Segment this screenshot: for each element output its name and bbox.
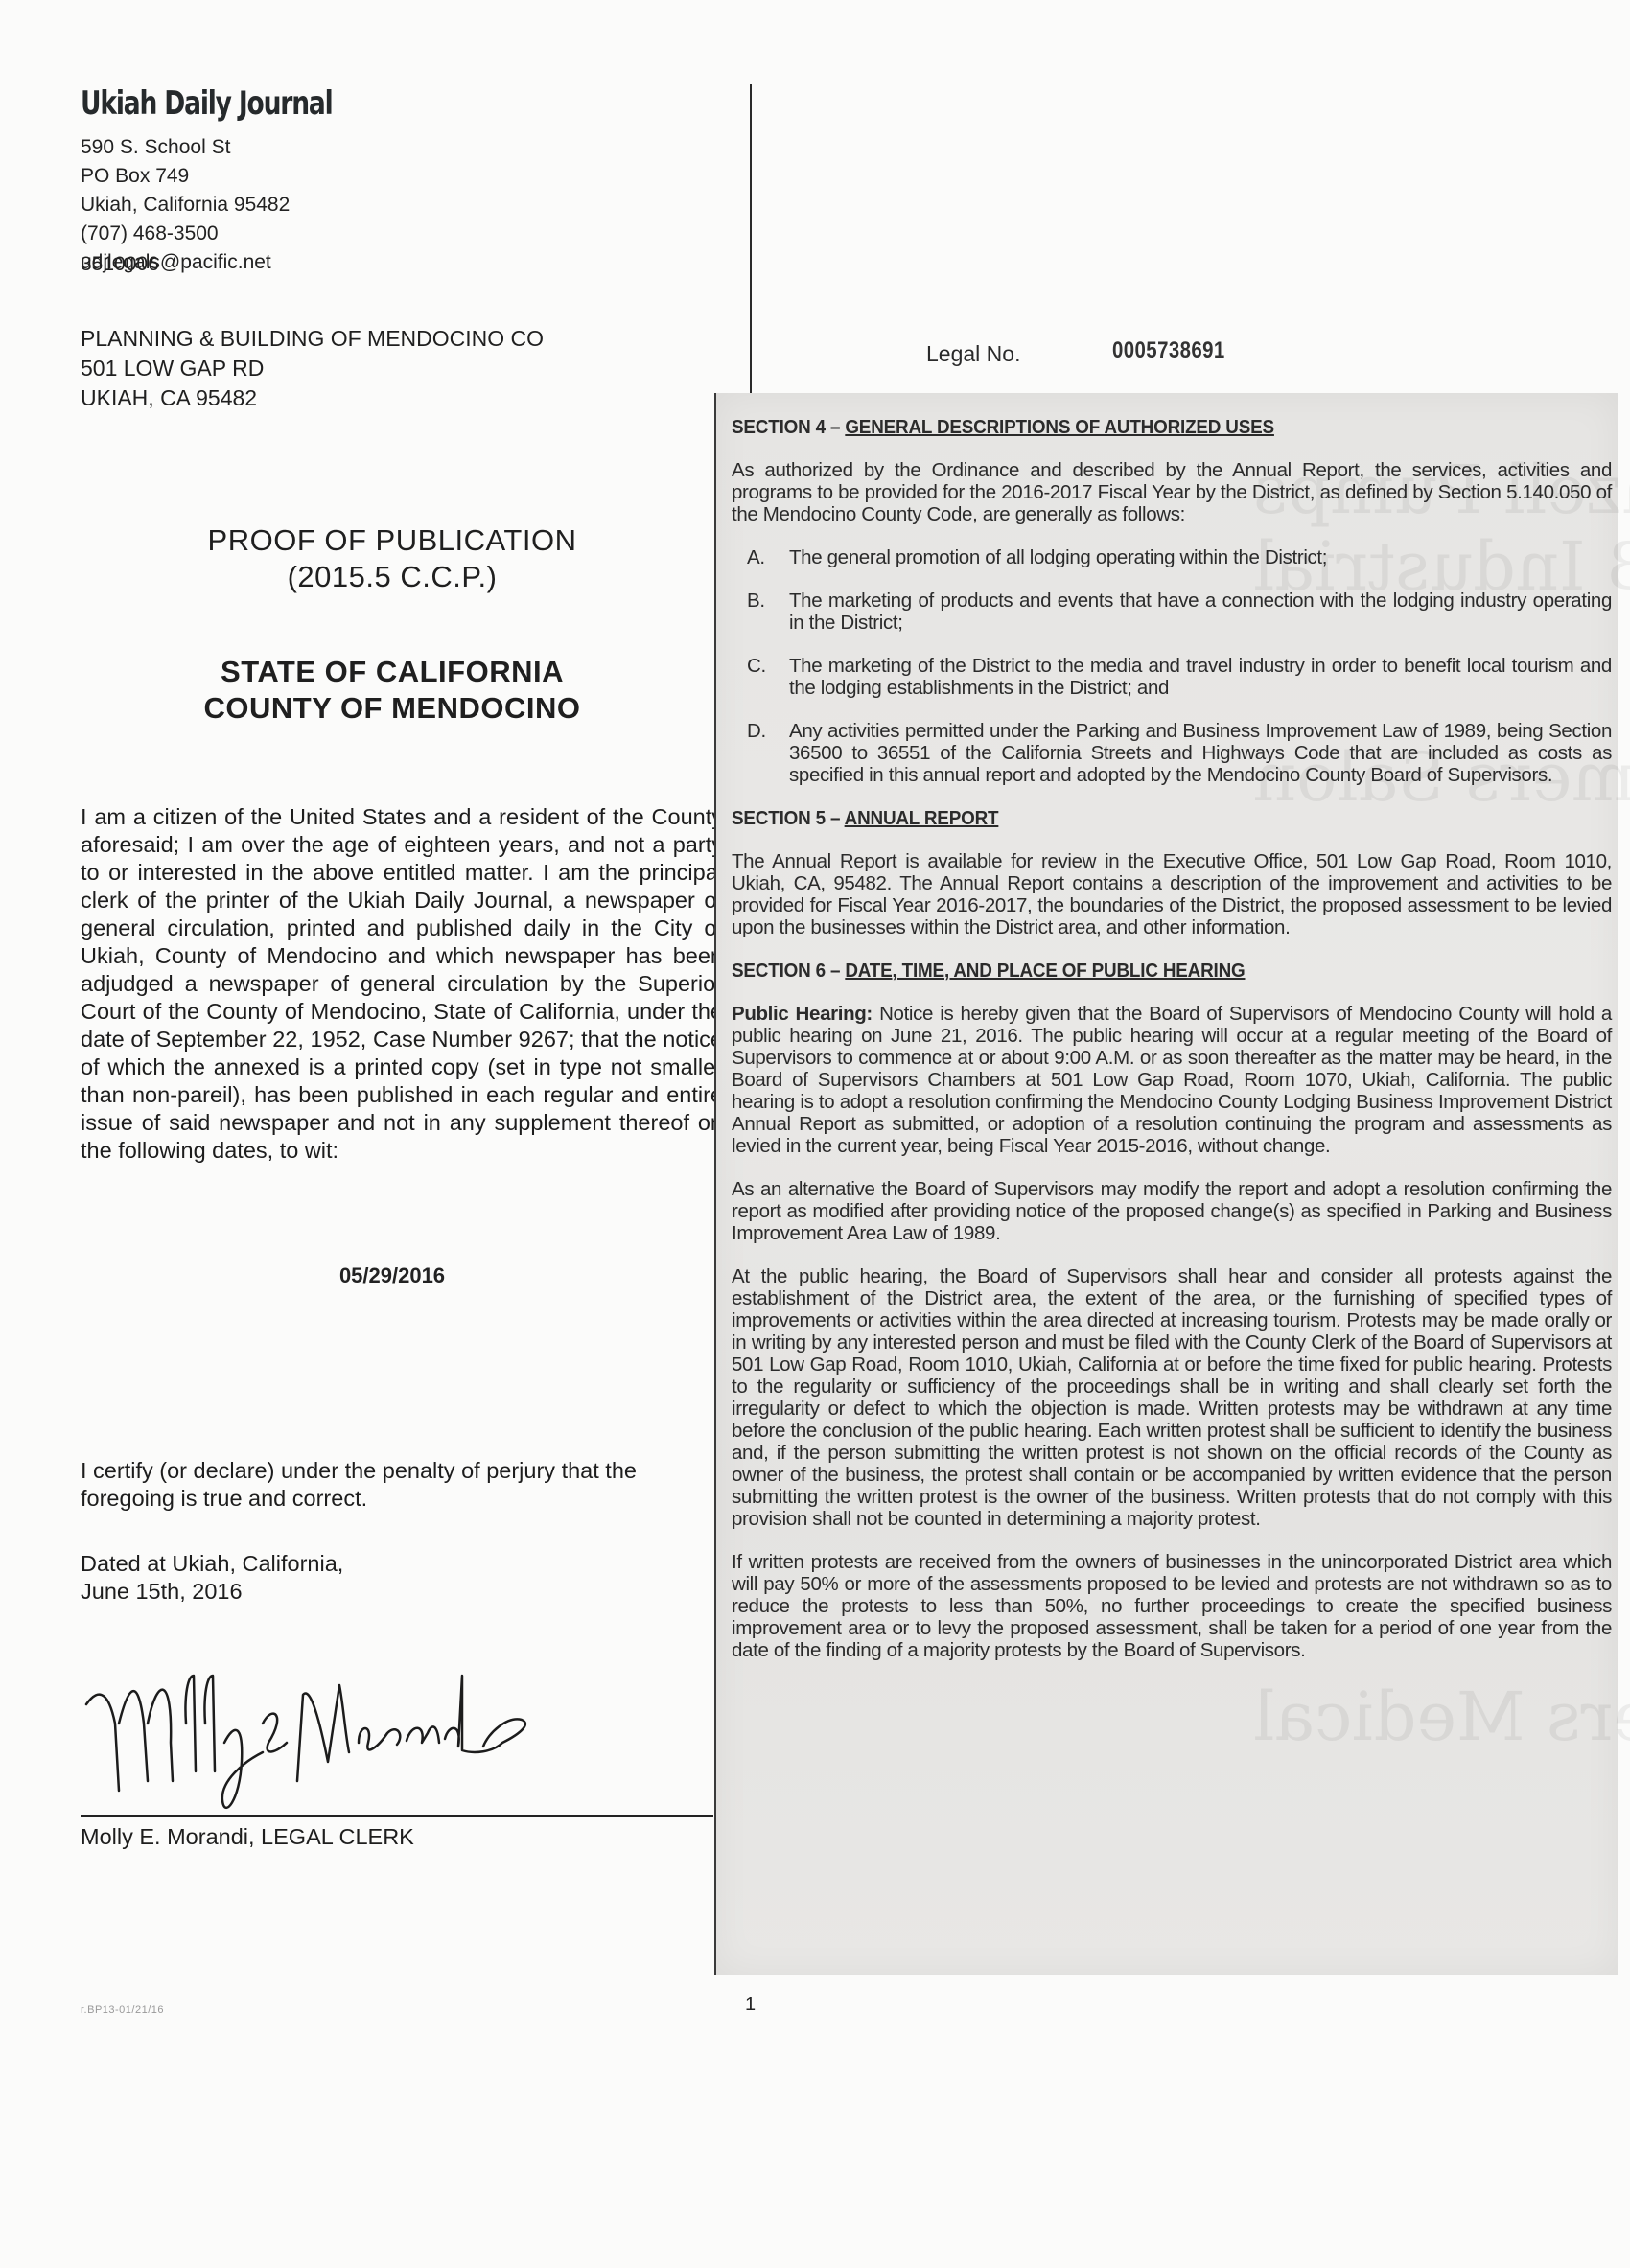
- phone: (707) 468-3500: [81, 220, 290, 248]
- address-line: Ukiah, California 95482: [81, 191, 290, 220]
- section-6-hearing: Public Hearing: Notice is hereby given t…: [732, 1003, 1612, 1157]
- dated-block: Dated at Ukiah, California, June 15th, 2…: [81, 1550, 343, 1606]
- section-5-body: The Annual Report is available for revie…: [732, 850, 1612, 938]
- account-number: 3510006: [81, 254, 159, 275]
- section-6-alternative: As an alternative the Board of Superviso…: [732, 1178, 1612, 1244]
- title-statute: (2015.5 C.C.P.): [81, 559, 704, 595]
- recipient-address: PLANNING & BUILDING OF MENDOCINO CO 501 …: [81, 324, 544, 413]
- section-title: GENERAL DESCRIPTIONS OF AUTHORIZED USES: [845, 416, 1274, 438]
- signature-line: [81, 1815, 713, 1817]
- county-heading: COUNTY OF MENDOCINO: [81, 690, 704, 727]
- recipient-line: 501 LOW GAP RD: [81, 354, 544, 383]
- legal-number: 0005738691: [1112, 337, 1225, 364]
- public-notice: SECTION 4 – GENERAL DESCRIPTIONS OF AUTH…: [732, 416, 1612, 1682]
- affidavit-body: I am a citizen of the United States and …: [81, 803, 723, 1307]
- page-number: 1: [745, 1994, 756, 2016]
- dated-place: Dated at Ukiah, California,: [81, 1550, 343, 1578]
- hearing-lead: Public Hearing:: [732, 1003, 873, 1025]
- newspaper-clipping: • Appenzell Pumps • B & B Industrial • B…: [714, 393, 1618, 1975]
- list-label: D.: [732, 720, 789, 786]
- column-divider: [750, 84, 752, 393]
- address-line: 590 S. School St: [81, 133, 290, 162]
- hearing-text: Notice is hereby given that the Board of…: [732, 1003, 1612, 1157]
- list-item: A. The general promotion of all lodging …: [732, 546, 1612, 568]
- list-label: B.: [732, 590, 789, 634]
- publication-date: 05/29/2016: [81, 1263, 704, 1288]
- section-6-majority-protest: If written protests are received from th…: [732, 1551, 1612, 1661]
- list-label: C.: [732, 655, 789, 699]
- section-4-heading: SECTION 4 – GENERAL DESCRIPTIONS OF AUTH…: [732, 416, 1542, 438]
- list-text: Any activities permitted under the Parki…: [789, 720, 1612, 786]
- list-text: The marketing of products and events tha…: [789, 590, 1612, 634]
- form-code: r.BP13-01/21/16: [81, 2004, 164, 2016]
- certification-statement: I certify (or declare) under the penalty…: [81, 1457, 713, 1513]
- state-heading: STATE OF CALIFORNIA: [81, 654, 704, 690]
- bleed-through-text: • Myers Medical: [1253, 1678, 1630, 1756]
- section-5-heading: SECTION 5 – ANNUAL REPORT: [732, 807, 1542, 829]
- publisher-name: Ukiah Daily Journal: [81, 84, 333, 123]
- dated-date: June 15th, 2016: [81, 1578, 343, 1606]
- list-text: The marketing of the District to the med…: [789, 655, 1612, 699]
- legal-number-label: Legal No.: [926, 341, 1020, 367]
- document-title: PROOF OF PUBLICATION (2015.5 C.C.P.): [81, 522, 704, 595]
- section-prefix: SECTION 6 –: [732, 960, 845, 982]
- list-item: B. The marketing of products and events …: [732, 590, 1612, 634]
- recipient-line: PLANNING & BUILDING OF MENDOCINO CO: [81, 324, 544, 354]
- section-title: DATE, TIME, AND PLACE OF PUBLIC HEARING: [845, 960, 1245, 982]
- jurisdiction-heading: STATE OF CALIFORNIA COUNTY OF MENDOCINO: [81, 654, 704, 727]
- list-item: D. Any activities permitted under the Pa…: [732, 720, 1612, 786]
- list-label: A.: [732, 546, 789, 568]
- section-prefix: SECTION 5 –: [732, 807, 845, 829]
- recipient-line: UKIAH, CA 95482: [81, 383, 544, 413]
- title-line: PROOF OF PUBLICATION: [81, 522, 704, 559]
- section-6-heading: SECTION 6 – DATE, TIME, AND PLACE OF PUB…: [732, 960, 1542, 982]
- section-title: ANNUAL REPORT: [845, 807, 999, 829]
- section-6-protests: At the public hearing, the Board of Supe…: [732, 1265, 1612, 1530]
- signer-name: Molly E. Morandi, LEGAL CLERK: [81, 1824, 414, 1850]
- signature-icon: [81, 1666, 541, 1819]
- section-prefix: SECTION 4 –: [732, 416, 845, 438]
- section-4-intro: As authorized by the Ordinance and descr…: [732, 459, 1612, 525]
- list-item: C. The marketing of the District to the …: [732, 655, 1612, 699]
- address-line: PO Box 749: [81, 162, 290, 191]
- list-text: The general promotion of all lodging ope…: [789, 546, 1612, 568]
